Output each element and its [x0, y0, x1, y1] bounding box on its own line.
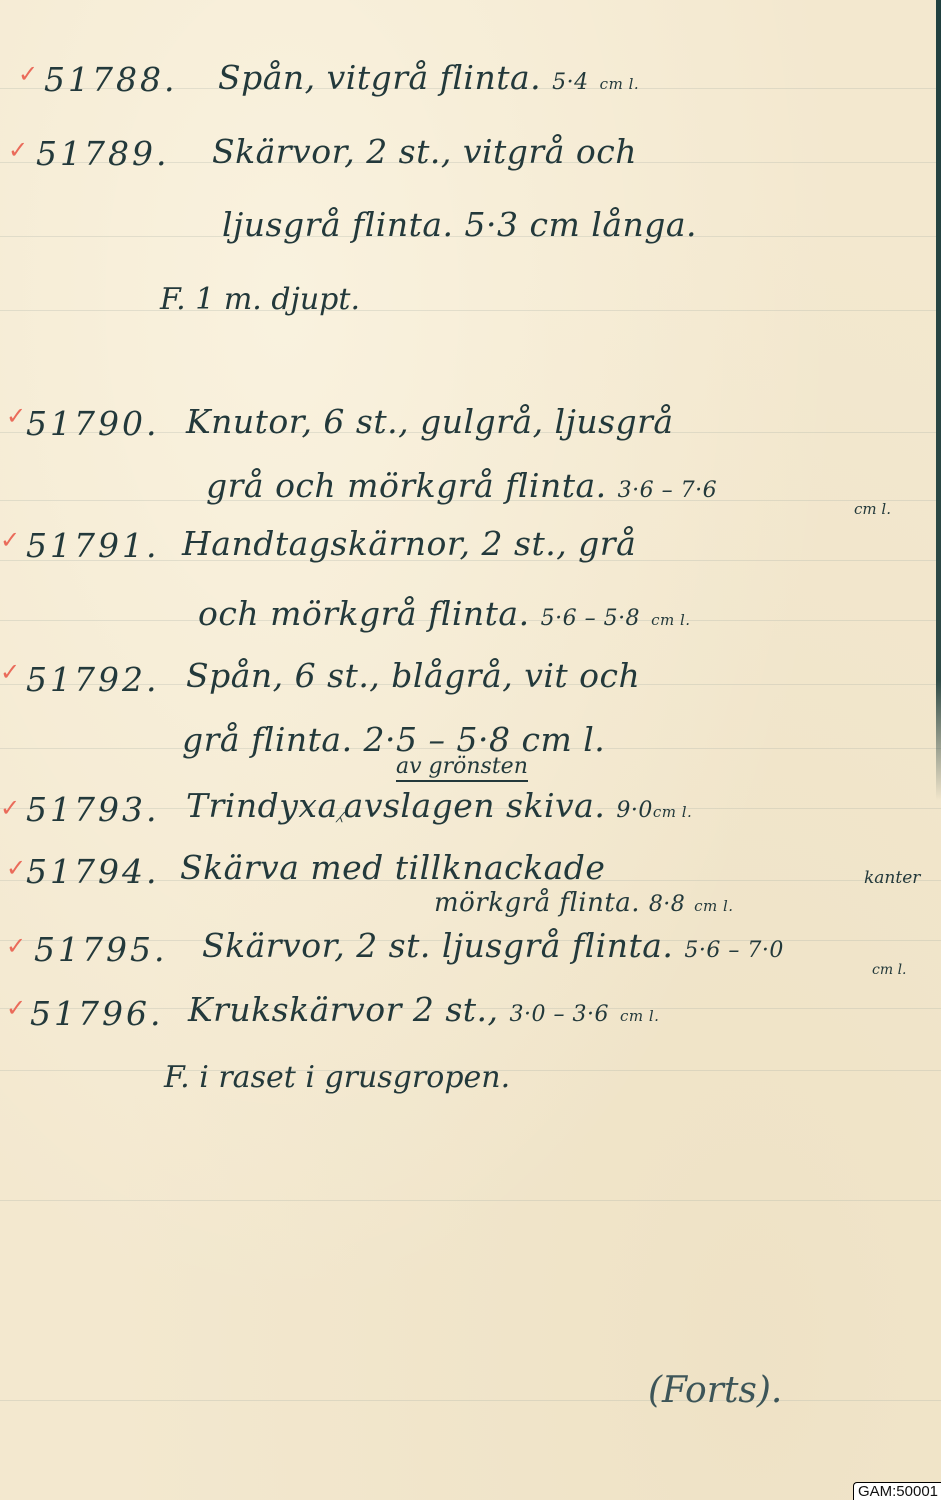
entry-unit: cm l. — [872, 962, 907, 978]
check-mark-icon: ✓ — [6, 404, 26, 428]
entry-unit: cm l. — [694, 897, 733, 915]
entry-text: Skärva med tillknackade — [180, 848, 605, 887]
entry-unit: cm l. — [854, 500, 891, 518]
catalogue-number: 51792. — [26, 660, 159, 699]
catalogue-number: 51789. — [36, 134, 169, 173]
entry-description: Trindyxa⁁avslagen skiva. 9·0cm l. — [186, 786, 692, 825]
entry-text: och mörkgrå flinta. — [198, 594, 530, 633]
check-mark-icon: ✓ — [0, 796, 20, 820]
continuation-note: (Forts). — [648, 1370, 782, 1411]
catalogue-number: 51795. — [34, 930, 167, 969]
entry-description-continued: grå flinta. 2·5 – 5·8 cm l. — [182, 720, 605, 759]
catalogue-number: 51791. — [26, 526, 159, 565]
entry-description: Krukskärvor 2 st., 3·0 – 3·6 cm l. — [188, 990, 659, 1029]
entry-measure: 5·6 – 7·0 — [684, 938, 783, 963]
ruled-line — [0, 1200, 941, 1201]
catalogue-number: 51794. — [26, 852, 159, 891]
entry-unit: cm l. — [620, 1007, 659, 1025]
ledger-page: ✓ 51788. Spån, vitgrå flinta. 5·4 cm l. … — [0, 0, 941, 1500]
entry-measure: 9·0 — [616, 798, 653, 823]
entry-text: Spån, vitgrå flinta. — [218, 58, 541, 97]
check-mark-icon: ✓ — [18, 62, 38, 86]
entry-description-continued: ljusgrå flinta. 5·3 cm långa. — [222, 205, 697, 244]
check-mark-icon: ✓ — [6, 934, 26, 958]
entry-text: avslagen skiva. — [344, 786, 606, 825]
check-mark-icon: ✓ — [0, 660, 20, 684]
ruled-line — [0, 310, 941, 311]
entry-measure: 5·4 — [552, 70, 589, 95]
entry-text: mörkgrå flinta. — [434, 888, 640, 918]
entry-measure: 3·0 – 3·6 — [510, 1002, 609, 1027]
entry-description: Skärvor, 2 st., vitgrå och — [212, 132, 637, 171]
entry-description: Spån, 6 st., blågrå, vit och — [186, 656, 640, 695]
check-mark-icon: ✓ — [0, 528, 20, 552]
check-mark-icon: ✓ — [6, 856, 26, 880]
entry-unit: cm l. — [651, 611, 690, 629]
entry-description-continued: grå och mörkgrå flinta. 3·6 – 7·6 — [206, 466, 717, 505]
entry-text: Krukskärvor 2 st., — [188, 990, 499, 1029]
binding-edge — [936, 0, 941, 800]
entry-unit: cm l. — [600, 75, 639, 93]
inserted-text: av grönsten — [396, 754, 528, 779]
entry-measure: 3·6 – 7·6 — [618, 478, 717, 503]
entry-description: Handtagskärnor, 2 st., grå — [182, 524, 636, 563]
entry-description-continued: och mörkgrå flinta. 5·6 – 5·8 cm l. — [198, 594, 691, 633]
check-mark-icon: ✓ — [8, 138, 28, 162]
entry-description: Knutor, 6 st., gulgrå, ljusgrå — [186, 402, 674, 441]
entry-measure: 8·8 — [649, 892, 686, 917]
entry-text-tail: kanter — [864, 868, 920, 888]
catalogue-number: 51788. — [44, 60, 177, 99]
entry-text: Skärvor, 2 st. ljusgrå flinta. — [202, 926, 673, 965]
ruled-line — [0, 1400, 941, 1401]
entry-description-continued: mörkgrå flinta. 8·8 cm l. — [434, 888, 734, 918]
findspot-note: F. i raset i grusgropen. — [164, 1060, 510, 1095]
entry-description: Skärva med tillknackade — [180, 848, 605, 887]
catalogue-number: 51790. — [26, 404, 159, 443]
catalogue-number: 51796. — [30, 994, 163, 1033]
entry-measure: 5·6 – 5·8 — [541, 606, 640, 631]
entry-description: Skärvor, 2 st. ljusgrå flinta. 5·6 – 7·0 — [202, 926, 784, 965]
check-mark-icon: ✓ — [6, 996, 26, 1020]
entry-description: Spån, vitgrå flinta. 5·4 cm l. — [218, 58, 639, 97]
entry-text: grå och mörkgrå flinta. — [206, 466, 607, 505]
findspot-note: F. 1 m. djupt. — [160, 282, 360, 317]
catalogue-number: 51793. — [26, 790, 159, 829]
archive-id-label: GAM:50001 — [853, 1482, 941, 1500]
entry-unit: cm l. — [653, 803, 692, 821]
entry-text: Trindyxa — [186, 786, 338, 825]
